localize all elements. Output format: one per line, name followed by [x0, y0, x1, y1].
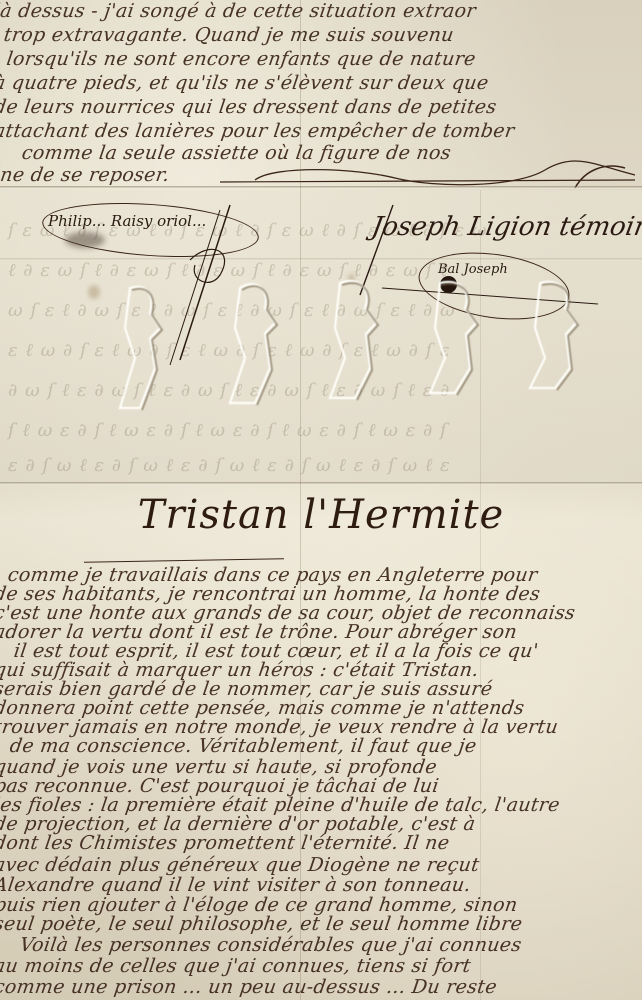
paper-crease [480, 190, 481, 1000]
silhouette-2-icon [230, 284, 277, 405]
faded-text: ſ ℓ ω ε ∂ ſ ℓ ω ε ∂ ſ ℓ ω ε ∂ ſ ℓ ω ε ∂ … [8, 420, 448, 441]
text-line: Alexandre quand il le vint visiter à son… [0, 874, 472, 896]
paper-fold [0, 258, 642, 261]
paper-fold [0, 186, 642, 189]
text-line: trop extravagante. Quand je me suis souv… [2, 24, 455, 46]
manuscript-title: Tristan l'Hermite [0, 492, 642, 538]
text-line: ine de se reposer. [0, 164, 171, 186]
text-line: au moins de celles que j'ai connues, tie… [0, 955, 472, 977]
stain [88, 285, 100, 299]
text-line: Voilà les personnes considérables que j'… [18, 934, 523, 956]
faded-text: ε ∂ ſ ω ℓ ε ∂ ſ ω ℓ ε ∂ ſ ω ℓ ε ∂ ſ ω ℓ … [8, 455, 451, 476]
paper-fold [0, 482, 642, 485]
text-line: comme une prison ... un peu au-dessus ..… [0, 976, 498, 998]
embossed-frieze [100, 268, 620, 418]
text-line: de leurs nourrices qui les dressent dans… [0, 96, 498, 118]
text-line: à quatre pieds, et qu'ils ne s'élèvent s… [0, 72, 490, 94]
text-line: de ma conscience. Véritablement, il faut… [8, 735, 478, 757]
right-signature: Joseph Ligion témoin [369, 212, 642, 242]
silhouette-5-icon [530, 282, 578, 390]
text-line: seul poète, le seul philosophe, et le se… [0, 913, 524, 935]
silhouette-4-icon [430, 282, 478, 395]
text-line: dont les Chimistes promettent l'éternité… [0, 832, 451, 854]
manuscript-page: là dessus - j'ai songé à de cette situat… [0, 0, 642, 1000]
ink-smudge [65, 232, 105, 248]
body-text-block: comme je travaillais dans ce pays en Ang… [0, 560, 642, 1000]
silhouette-1-icon [120, 287, 162, 410]
silhouette-3-icon [330, 281, 378, 400]
paper-crease [300, 0, 301, 1000]
text-line: attachant des lanières pour les empêcher… [0, 120, 516, 142]
text-line: , lorsqu'ils ne sont encore enfants que … [0, 48, 477, 70]
text-line: avec dédain plus généreux que Diogène ne… [0, 854, 481, 876]
top-text-block: là dessus - j'ai songé à de cette situat… [0, 0, 642, 188]
text-line: là dessus - j'ai songé à de cette situat… [0, 0, 477, 22]
